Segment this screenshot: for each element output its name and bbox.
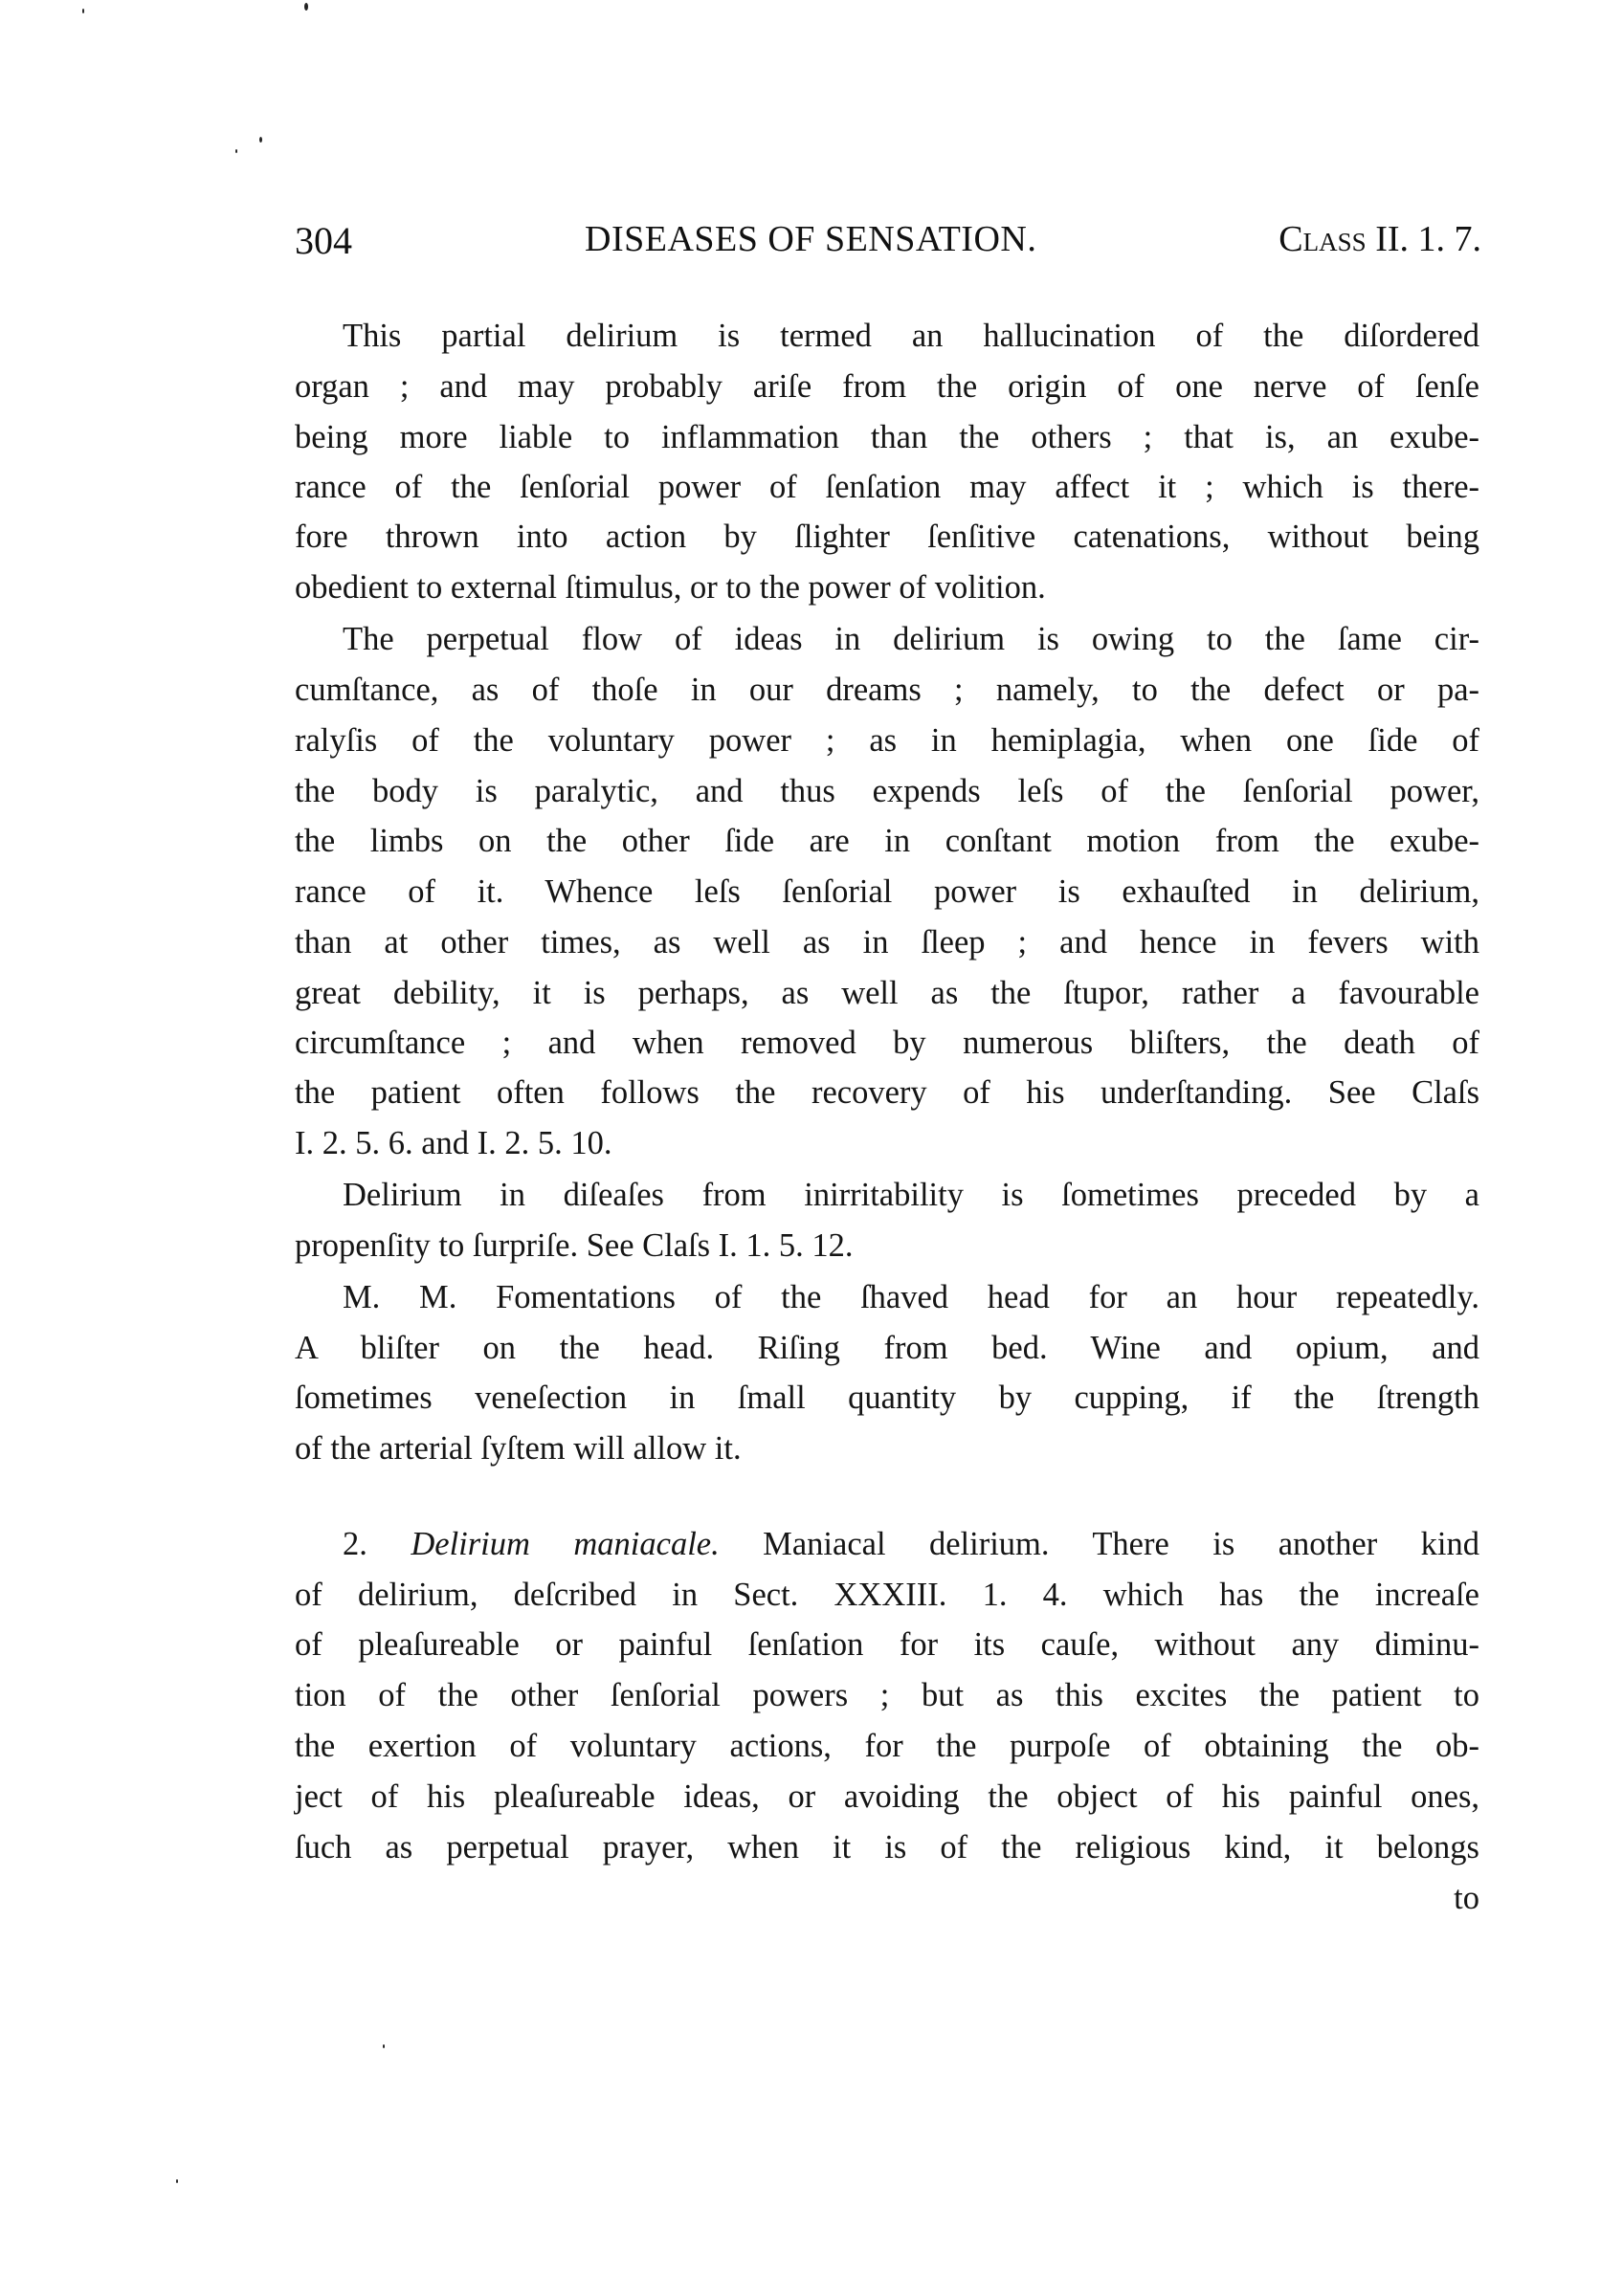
text-line: A bliſter on the head. Riſing from bed. …: [295, 1324, 1479, 1372]
text-line: ject of his pleaſureable ideas, or avoid…: [295, 1773, 1479, 1821]
scan-speck: [383, 2044, 385, 2048]
page-number: 304: [295, 218, 352, 263]
text-line: great debility, it is perhaps, as well a…: [295, 969, 1479, 1017]
catchword: to: [1454, 1874, 1479, 1922]
text-line: rance of the ſenſorial power of ſenſatio…: [295, 463, 1479, 511]
text-line: The perpetual flow of ideas in delirium …: [343, 615, 1479, 663]
text-line: cumſtance, as of thoſe in our dreams ; n…: [295, 666, 1479, 714]
text-line: Delirium in diſeaſes from inirritability…: [343, 1171, 1479, 1219]
text-line: the patient often follows the recovery o…: [295, 1069, 1479, 1116]
section-latin-title: Delirium maniacale.: [411, 1526, 719, 1562]
text-line: ſuch as perpetual prayer, when it is of …: [295, 1823, 1479, 1871]
text-line: circumſtance ; and when removed by numer…: [295, 1019, 1479, 1067]
text-line: I. 2. 5. 6. and I. 2. 5. 10.: [295, 1119, 1479, 1167]
text-line: the exertion of voluntary actions, for t…: [295, 1722, 1479, 1770]
text-line: ralyſis of the voluntary power ; as in h…: [295, 717, 1479, 764]
class-ref-number: II. 1. 7.: [1367, 219, 1481, 259]
section-first-line-text: Maniacal delirium. There is another kind: [720, 1526, 1479, 1562]
text-line: This partial delirium is termed an hallu…: [343, 312, 1479, 360]
text-line: fore thrown into action by ſlighter ſenſ…: [295, 513, 1479, 561]
text-line: the limbs on the other ſide are in conſt…: [295, 817, 1479, 865]
scan-speck: [176, 2179, 178, 2183]
text-line: of pleaſureable or painful ſenſation for…: [295, 1621, 1479, 1668]
text-line: propenſity to ſurpriſe. See Claſs I. 1. …: [295, 1222, 1479, 1269]
text-line: of the arterial ſyſtem will allow it.: [295, 1424, 1479, 1472]
text-line: obedient to external ſtimulus, or to the…: [295, 563, 1479, 611]
scan-speck: [82, 9, 84, 13]
scan-speck: [304, 3, 308, 11]
text-line: ſometimes veneſection in ſmall quantity …: [295, 1374, 1479, 1422]
book-page: 304 DISEASES OF SENSATION. CLASS II. 1. …: [0, 0, 1623, 2296]
scan-speck: [259, 137, 262, 143]
class-ref-initial: C: [1278, 219, 1302, 259]
running-title: DISEASES OF SENSATION.: [585, 218, 1036, 260]
text-line: than at other times, as well as in ſleep…: [295, 918, 1479, 966]
text-line: of delirium, deſcribed in Sect. XXXIII. …: [295, 1571, 1479, 1619]
text-line: the body is paralytic, and thus expends …: [295, 767, 1479, 815]
text-line: being more liable to inflammation than t…: [295, 413, 1479, 461]
page-header: 304 DISEASES OF SENSATION. CLASS II. 1. …: [295, 218, 1481, 276]
section-number: 2.: [343, 1526, 411, 1562]
class-reference: CLASS II. 1. 7.: [1278, 218, 1481, 260]
text-line: M. M. Fomentations of the ſhaved head fo…: [343, 1273, 1479, 1321]
text-line: tion of the other ſenſorial powers ; but…: [295, 1671, 1479, 1719]
text-line: organ ; and may probably ariſe from the …: [295, 363, 1479, 410]
section-heading-line: 2. Delirium maniacale. Maniacal delirium…: [343, 1520, 1479, 1568]
class-ref-smallcaps: LASS: [1303, 228, 1367, 256]
text-line: rance of it. Whence leſs ſenſorial power…: [295, 868, 1479, 916]
scan-speck: [235, 149, 237, 153]
